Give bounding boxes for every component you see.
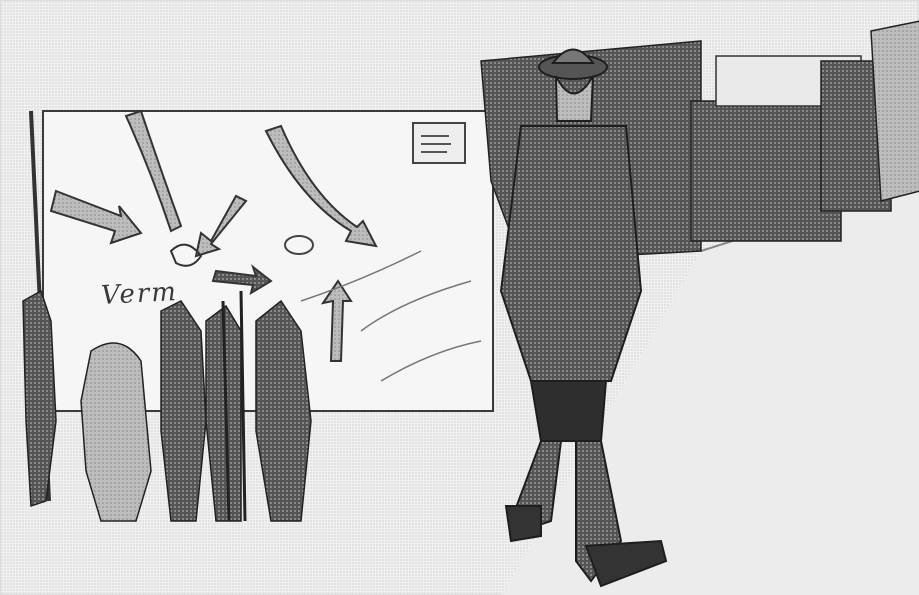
sketch-illustration: Verm — [0, 0, 919, 595]
armored-vehicle — [691, 101, 841, 241]
map-label: Verm — [100, 277, 178, 311]
